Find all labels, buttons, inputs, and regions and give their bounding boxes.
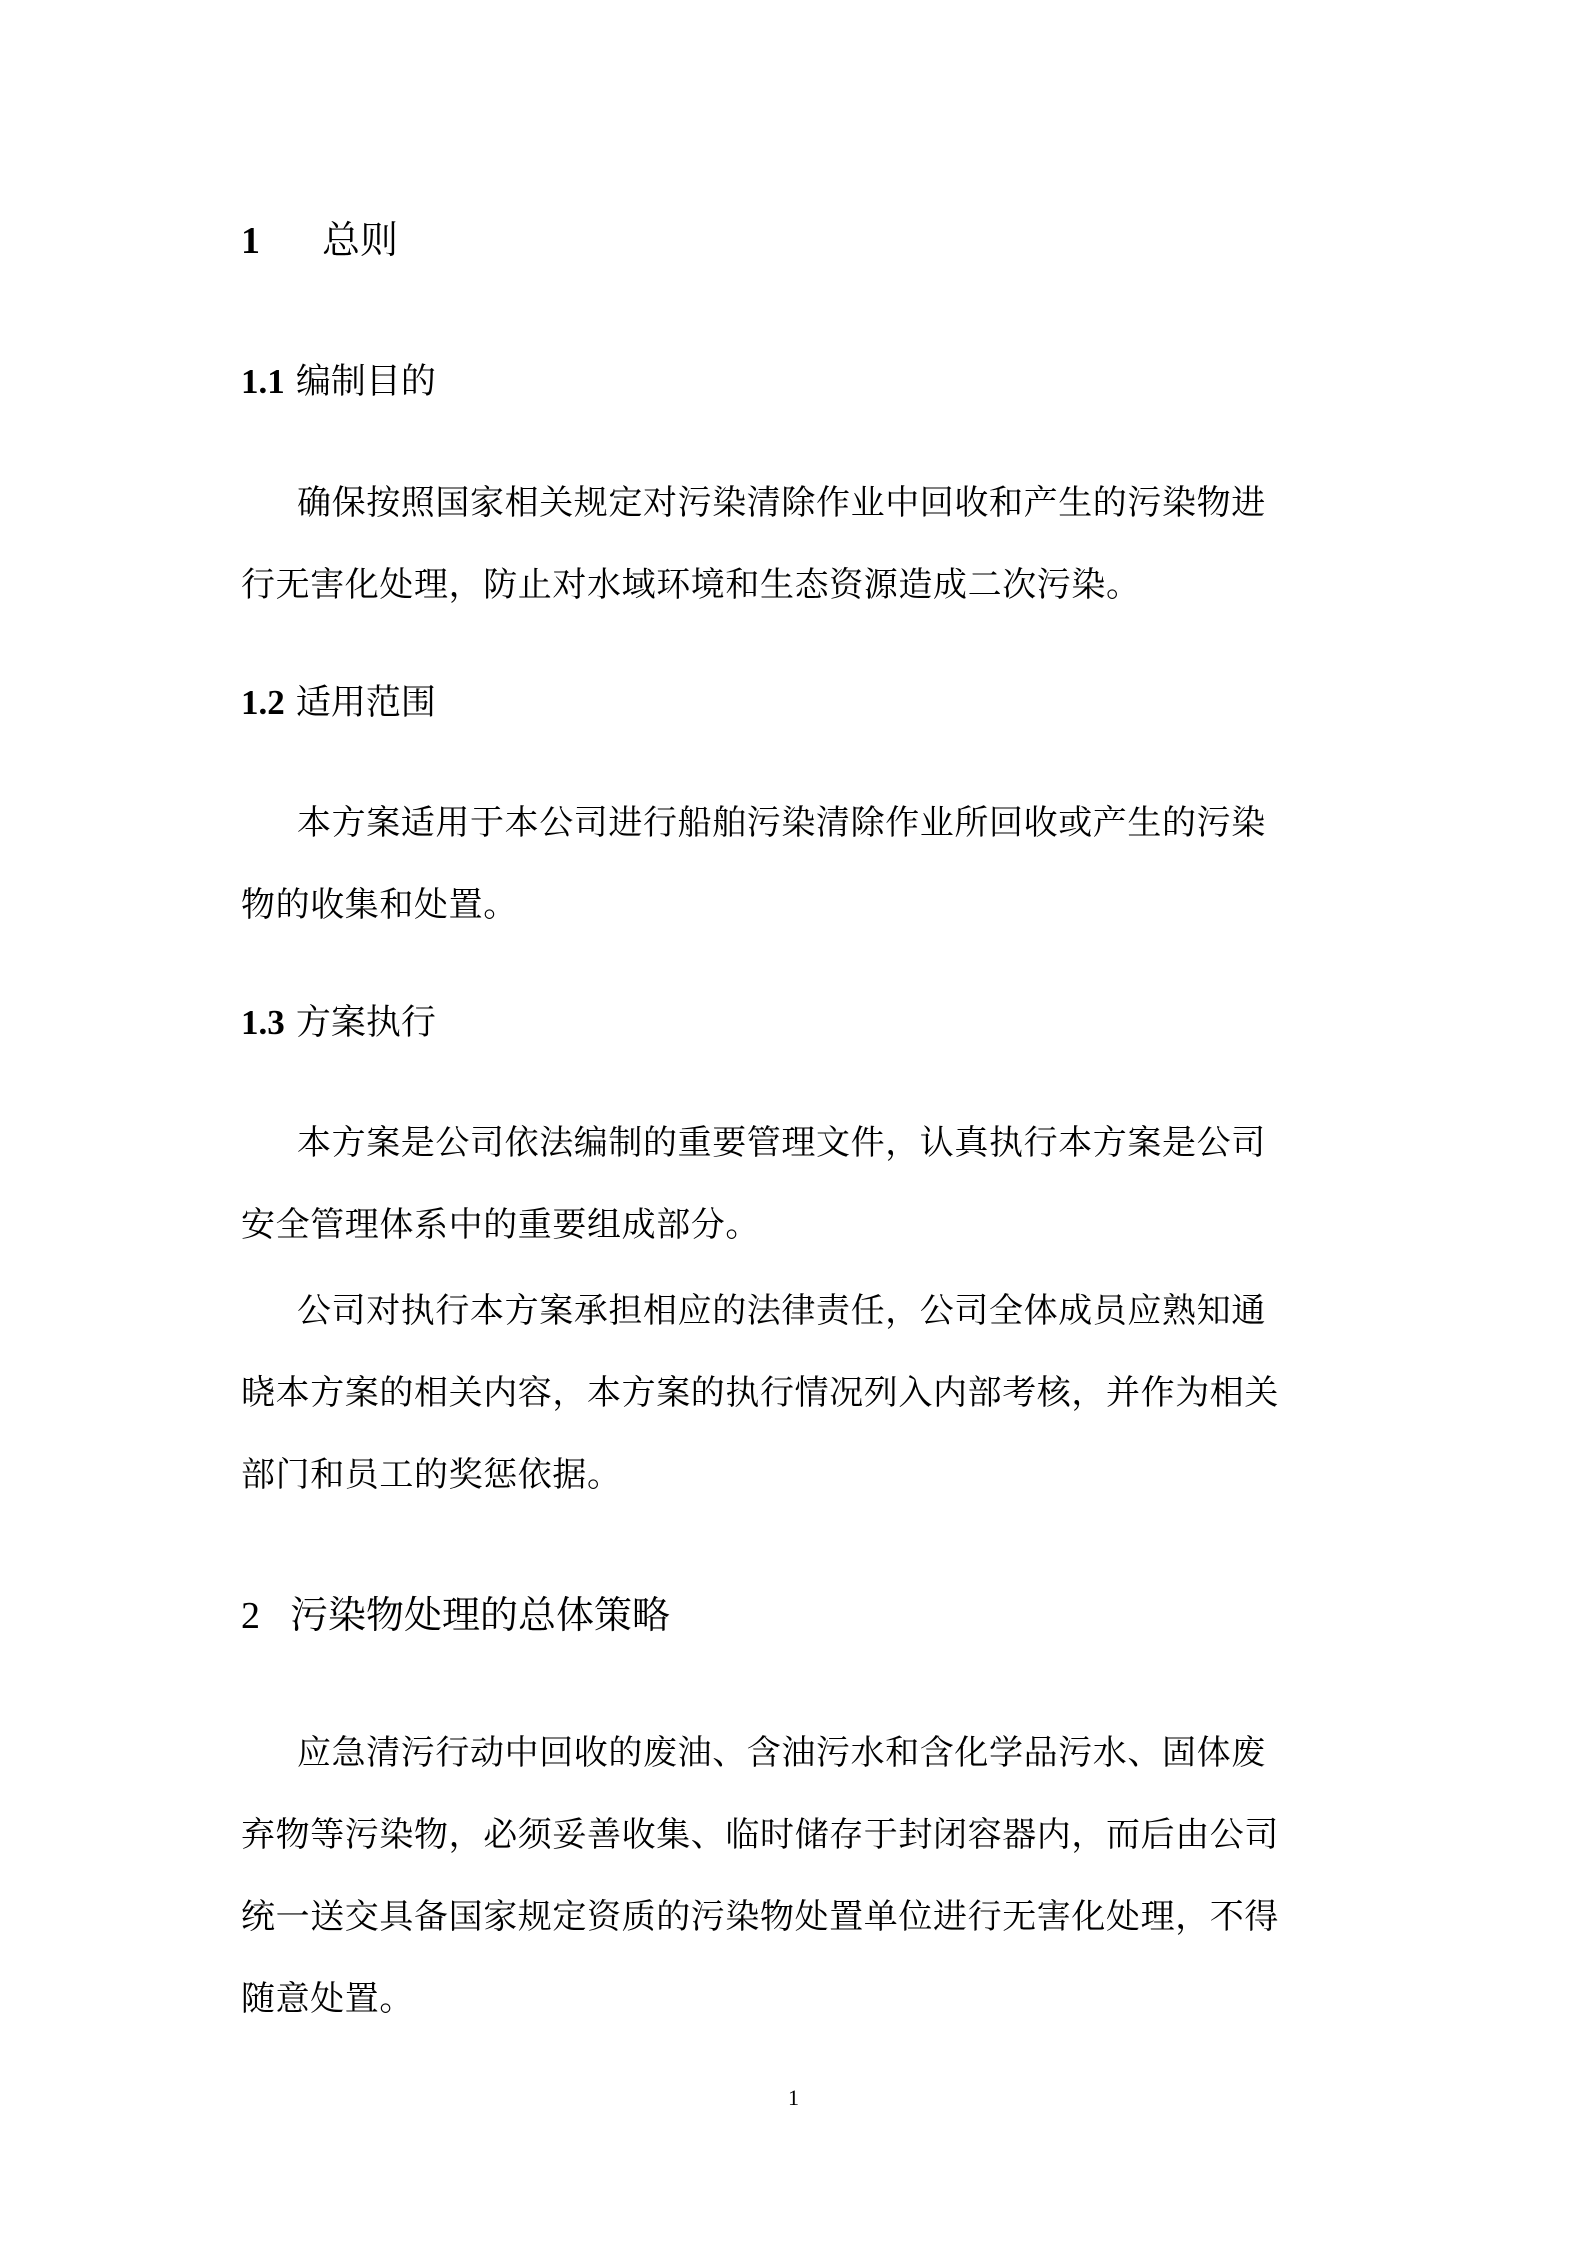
paragraph-line: 随意处置。 (241, 1958, 1356, 2040)
paragraph: 本方案是公司依法编制的重要管理文件，认真执行本方案是公司 安全管理体系中的重要组… (241, 1102, 1356, 1266)
subsection-title: 适用范围 (296, 683, 436, 723)
paragraph-line: 确保按照国家相关规定对污染清除作业中回收和产生的污染物进 (241, 462, 1356, 544)
paragraph-line: 公司对执行本方案承担相应的法律责任，公司全体成员应熟知通 (241, 1270, 1356, 1352)
paragraph-line: 安全管理体系中的重要组成部分。 (241, 1184, 1356, 1266)
section-number: 1 (241, 220, 260, 262)
page-number: 1 (0, 2085, 1587, 2111)
paragraph-line: 行无害化处理，防止对水域环境和生态资源造成二次污染。 (241, 544, 1356, 626)
paragraph-line: 弃物等污染物，必须妥善收集、临时储存于封闭容器内，而后由公司 (241, 1794, 1356, 1876)
section-heading-1: 1总则 (241, 215, 1356, 266)
paragraph-line: 本方案是公司依法编制的重要管理文件，认真执行本方案是公司 (241, 1102, 1356, 1184)
paragraph: 公司对执行本方案承担相应的法律责任，公司全体成员应熟知通 晓本方案的相关内容，本… (241, 1270, 1356, 1516)
section-title: 总则 (322, 218, 398, 262)
subsection-title: 编制目的 (296, 362, 436, 402)
paragraph-line: 部门和员工的奖惩依据。 (241, 1434, 1356, 1516)
subsection-title: 方案执行 (296, 1003, 436, 1043)
paragraph-line: 本方案适用于本公司进行船舶污染清除作业所回收或产生的污染 (241, 782, 1356, 864)
paragraph-line: 统一送交具备国家规定资质的污染物处置单位进行无害化处理，不得 (241, 1876, 1356, 1958)
subsection-number: 1.2 (241, 683, 285, 722)
paragraph-line: 晓本方案的相关内容，本方案的执行情况列入内部考核，并作为相关 (241, 1352, 1356, 1434)
paragraph: 本方案适用于本公司进行船舶污染清除作业所回收或产生的污染 物的收集和处置。 (241, 782, 1356, 946)
section-title: 污染物处理的总体策略 (290, 1593, 670, 1637)
subsection-number: 1.1 (241, 362, 285, 401)
section-heading-2: 2污染物处理的总体策略 (241, 1590, 1356, 1641)
subsection-heading-1-1: 1.1 编制目的 (241, 358, 1356, 406)
paragraph-line: 物的收集和处置。 (241, 864, 1356, 946)
paragraph: 应急清污行动中回收的废油、含油污水和含化学品污水、固体废 弃物等污染物，必须妥善… (241, 1712, 1356, 2040)
paragraph: 确保按照国家相关规定对污染清除作业中回收和产生的污染物进 行无害化处理，防止对水… (241, 462, 1356, 626)
section-number: 2 (241, 1595, 260, 1637)
subsection-number: 1.3 (241, 1003, 285, 1042)
subsection-heading-1-3: 1.3 方案执行 (241, 999, 1356, 1047)
paragraph-line: 应急清污行动中回收的废油、含油污水和含化学品污水、固体废 (241, 1712, 1356, 1794)
document-page: 1总则 1.1 编制目的 确保按照国家相关规定对污染清除作业中回收和产生的污染物… (0, 0, 1587, 2245)
subsection-heading-1-2: 1.2 适用范围 (241, 679, 1356, 727)
